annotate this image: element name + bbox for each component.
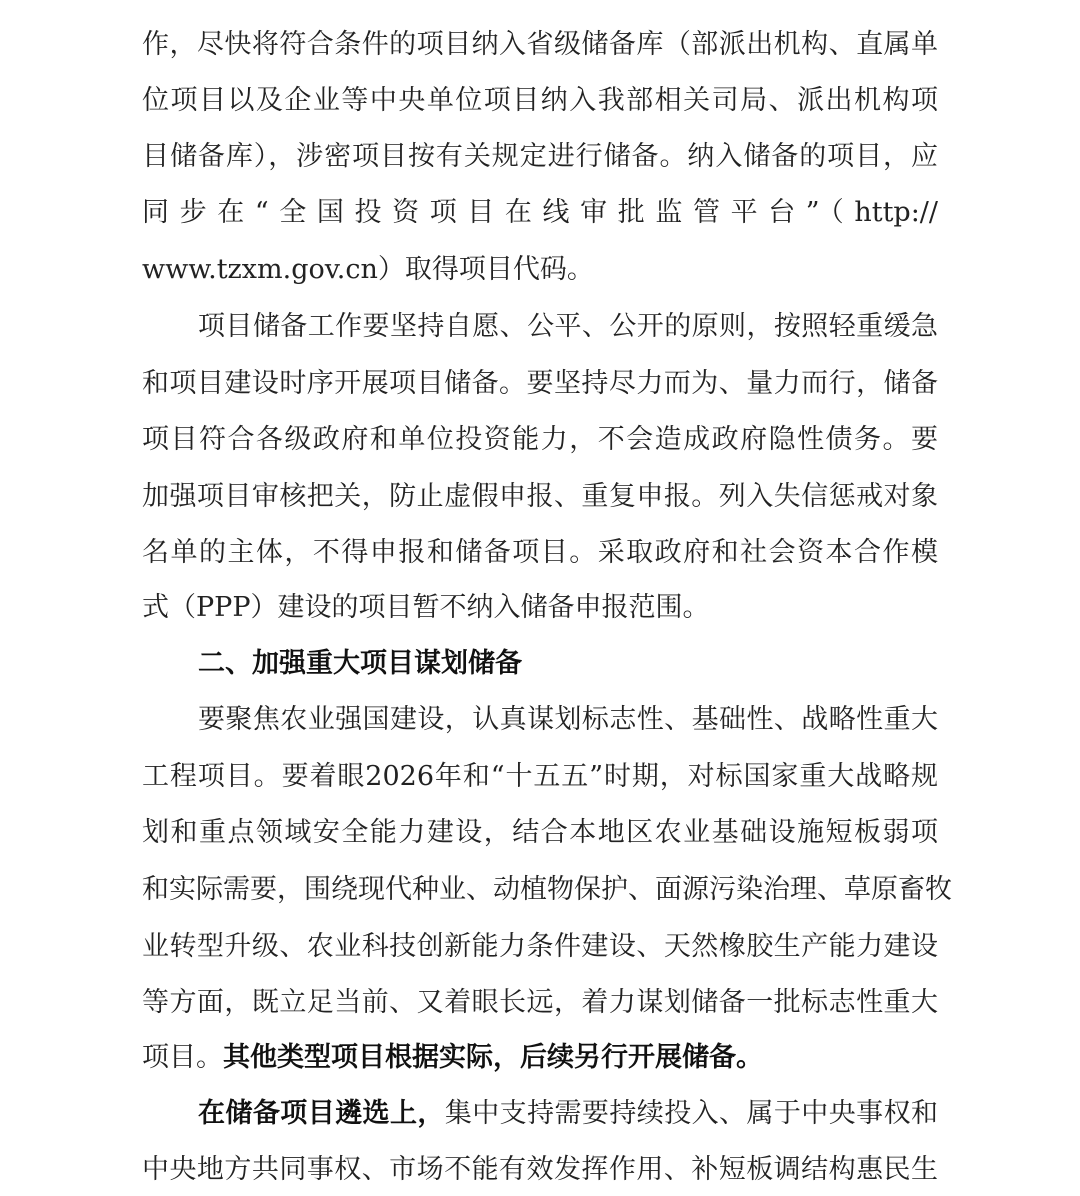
paragraph-line: 式（PPP）建设的项目暂不纳入储备申报范围。 — [142, 588, 938, 628]
paragraph-line: 等方面，既立足当前、又着眼长远，着力谋划储备一批标志性重大 — [142, 983, 938, 1023]
paragraph-line: 要聚焦农业强国建设，认真谋划标志性、基础性、战略性重大 — [198, 700, 938, 740]
paragraph-line: 业转型升级、农业科技创新能力条件建设、天然橡胶生产能力建设 — [142, 927, 938, 967]
paragraph-line-url: www.tzxm.gov.cn）取得项目代码。 — [142, 250, 938, 290]
document-page: 作，尽快将符合条件的项目纳入省级储备库（部派出机构、直属单 位项目以及企业等中央… — [142, 0, 938, 1196]
paragraph-line: 划和重点领域安全能力建设，结合本地区农业基础设施短板弱项 — [142, 813, 938, 853]
paragraph-line-mixed: 在储备项目遴选上，集中支持需要持续投入、属于中央事权和 — [198, 1094, 938, 1134]
normal-text: 项目。 — [142, 1042, 223, 1073]
normal-text: 集中支持需要持续投入、属于中央事权和 — [445, 1098, 938, 1129]
paragraph-line: 目储备库），涉密项目按有关规定进行储备。纳入储备的项目，应 — [142, 137, 938, 177]
paragraph-line: 和实际需要，围绕现代种业、动植物保护、面源污染治理、草原畜牧 — [142, 870, 938, 910]
paragraph-line: 位项目以及企业等中央单位项目纳入我部相关司局、派出机构项 — [142, 81, 938, 121]
paragraph-line: 和项目建设时序开展项目储备。要坚持尽力而为、量力而行，储备 — [142, 364, 938, 404]
paragraph-line: 加强项目审核把关，防止虚假申报、重复申报。列入失信惩戒对象 — [142, 477, 938, 517]
paragraph-line: 工程项目。要着眼2026年和“十五五”时期，对标国家重大战略规 — [142, 757, 938, 797]
paragraph-line-mixed: 项目。其他类型项目根据实际，后续另行开展储备。 — [142, 1038, 938, 1078]
bold-lead-text: 在储备项目遴选上， — [198, 1098, 445, 1129]
bold-emphasis-text: 其他类型项目根据实际，后续另行开展储备。 — [223, 1042, 763, 1073]
paragraph-line: 中央地方共同事权、市场不能有效发挥作用、补短板调结构惠民生 — [142, 1150, 938, 1190]
section-heading: 二、加强重大项目谋划储备 — [198, 644, 938, 684]
paragraph-line: 作，尽快将符合条件的项目纳入省级储备库（部派出机构、直属单 — [142, 25, 938, 65]
paragraph-line: 名单的主体，不得申报和储备项目。采取政府和社会资本合作模 — [142, 533, 938, 573]
paragraph-line: 项目符合各级政府和单位投资能力，不会造成政府隐性债务。要 — [142, 420, 938, 460]
paragraph-line: 项目储备工作要坚持自愿、公平、公开的原则，按照轻重缓急 — [198, 307, 938, 347]
paragraph-line: 同步在“全国投资项目在线审批监管平台”（http:// — [142, 193, 938, 233]
